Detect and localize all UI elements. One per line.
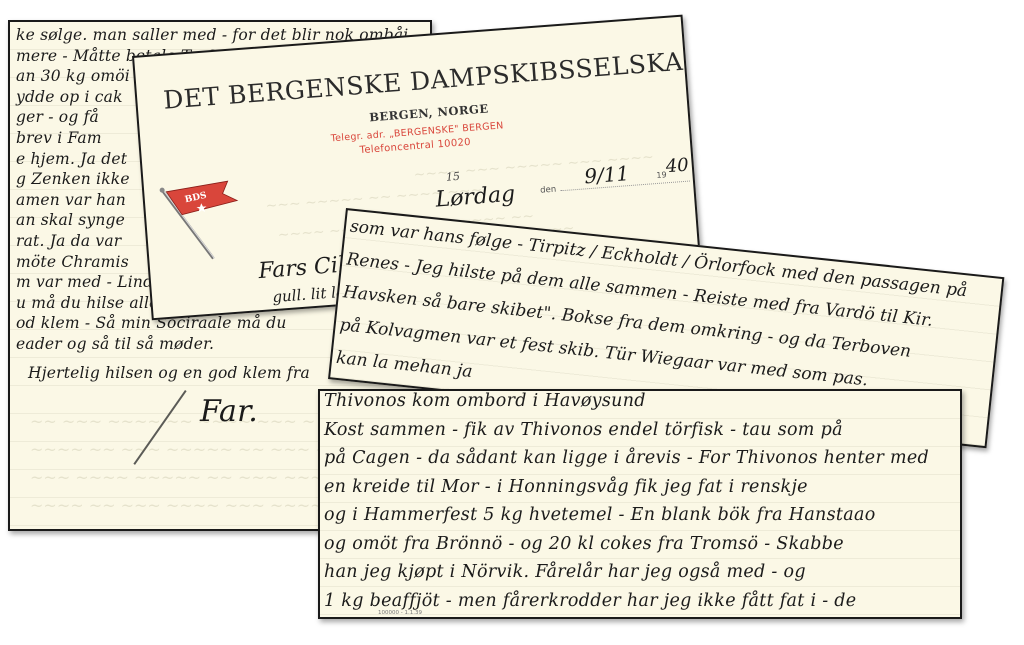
handwritten-line: 1 kg beaffjöt - men fårerkrodder har jeg… — [324, 591, 856, 611]
handwritten-line: og omöt fra Brönnö - og 20 kl cokes fra … — [324, 534, 844, 554]
letter-weekday: Lørdag — [435, 182, 516, 213]
handwritten-line: rat. Ja da var — [16, 232, 121, 250]
handwritten-line: han jeg kjøpt i Nörvik. Fårelår har jeg … — [324, 562, 806, 582]
handwritten-line: brev i Fam — [16, 129, 102, 147]
handwritten-line: Kost sammen - fik av Thivonos endel törf… — [324, 420, 843, 440]
letter-date: 9/11 — [583, 161, 630, 188]
den-label: den — [540, 185, 557, 196]
letter-year: 40 — [665, 155, 689, 178]
handwritten-line: möte Chramis — [16, 253, 129, 271]
handwritten-line: kan la mehan ja — [335, 348, 473, 382]
paper-imprint: 100000 - 1.1.39 — [378, 610, 422, 616]
company-name: DET BERGENSKE DAMPSKIBSSELSKAB — [162, 45, 702, 114]
handwritten-line: en kreide til Mor - i Honningsvåg fik je… — [324, 477, 808, 497]
handwritten-line: eader og så til så møder. — [16, 335, 214, 353]
front-letter-strip: Thivonos kom ombord i HavøysundKost samm… — [318, 389, 962, 619]
handwritten-line: ydde op i cak — [16, 88, 123, 106]
company-city: BERGEN, NORGE — [369, 101, 489, 124]
handwritten-line: på Cagen - da sådant kan ligge i årevis … — [324, 448, 929, 468]
handwritten-line: amen var han — [16, 191, 126, 209]
bds-flag-icon: BDS — [158, 177, 264, 264]
handwritten-line: og i Hammerfest 5 kg hvetemel - En blank… — [324, 505, 876, 525]
handwritten-line: Thivonos kom ombord i Havøysund — [324, 391, 646, 411]
handwritten-line: e hjem. Ja det — [16, 150, 127, 168]
letter-signoff: Hjertelig hilsen og en god klem fra — [28, 364, 310, 382]
handwritten-line: ger - og få — [16, 108, 99, 126]
small-mark: 15 — [445, 170, 460, 184]
handwritten-line: g Zenken ikke — [16, 170, 130, 188]
handwritten-line: an 30 kg omöi — [16, 67, 130, 85]
handwritten-line: an skal synge — [16, 211, 125, 229]
